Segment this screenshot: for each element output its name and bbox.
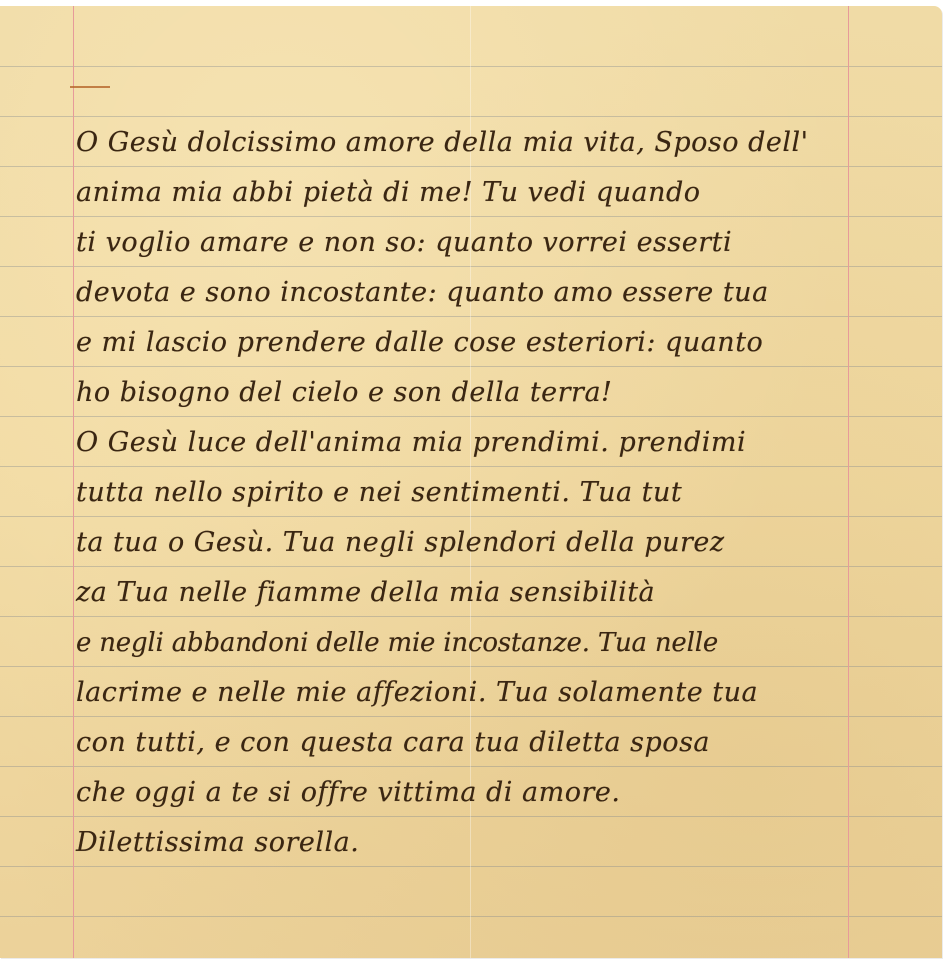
text-line: anima mia abbi pietà di me! Tu vedi quan…: [76, 168, 946, 218]
text-line: e negli abbandoni delle mie incostanze. …: [76, 618, 946, 668]
text-line: za Tua nelle fiamme della mia sensibilit…: [76, 568, 946, 618]
text-line: ho bisogno del cielo e son della terra!: [76, 368, 946, 418]
ink-mark: [70, 86, 110, 88]
text-line: ta tua o Gesù. Tua negli splendori della…: [76, 518, 946, 568]
letter-page: O Gesù dolcissimo amore della mia vita, …: [0, 6, 942, 958]
text-line: che oggi a te si offre vittima di amore.: [76, 768, 946, 818]
text-line: O Gesù dolcissimo amore della mia vita, …: [76, 118, 946, 168]
left-margin-line: [73, 6, 74, 958]
text-line: lacrime e nelle mie affezioni. Tua solam…: [76, 668, 946, 718]
signature-line: Dilettissima sorella.: [76, 818, 946, 868]
text-line: O Gesù luce dell'anima mia prendimi. pre…: [76, 418, 946, 468]
text-line: e mi lascio prendere dalle cose esterior…: [76, 318, 946, 368]
handwritten-text: O Gesù dolcissimo amore della mia vita, …: [76, 118, 946, 868]
text-line: tutta nello spirito e nei sentimenti. Tu…: [76, 468, 946, 518]
ruling-line: [0, 66, 942, 67]
ruling-line: [0, 116, 942, 117]
text-line: ti voglio amare e non so: quanto vorrei …: [76, 218, 946, 268]
text-line: devota e sono incostante: quanto amo ess…: [76, 268, 946, 318]
ruling-line: [0, 916, 942, 917]
text-line: con tutti, e con questa cara tua diletta…: [76, 718, 946, 768]
